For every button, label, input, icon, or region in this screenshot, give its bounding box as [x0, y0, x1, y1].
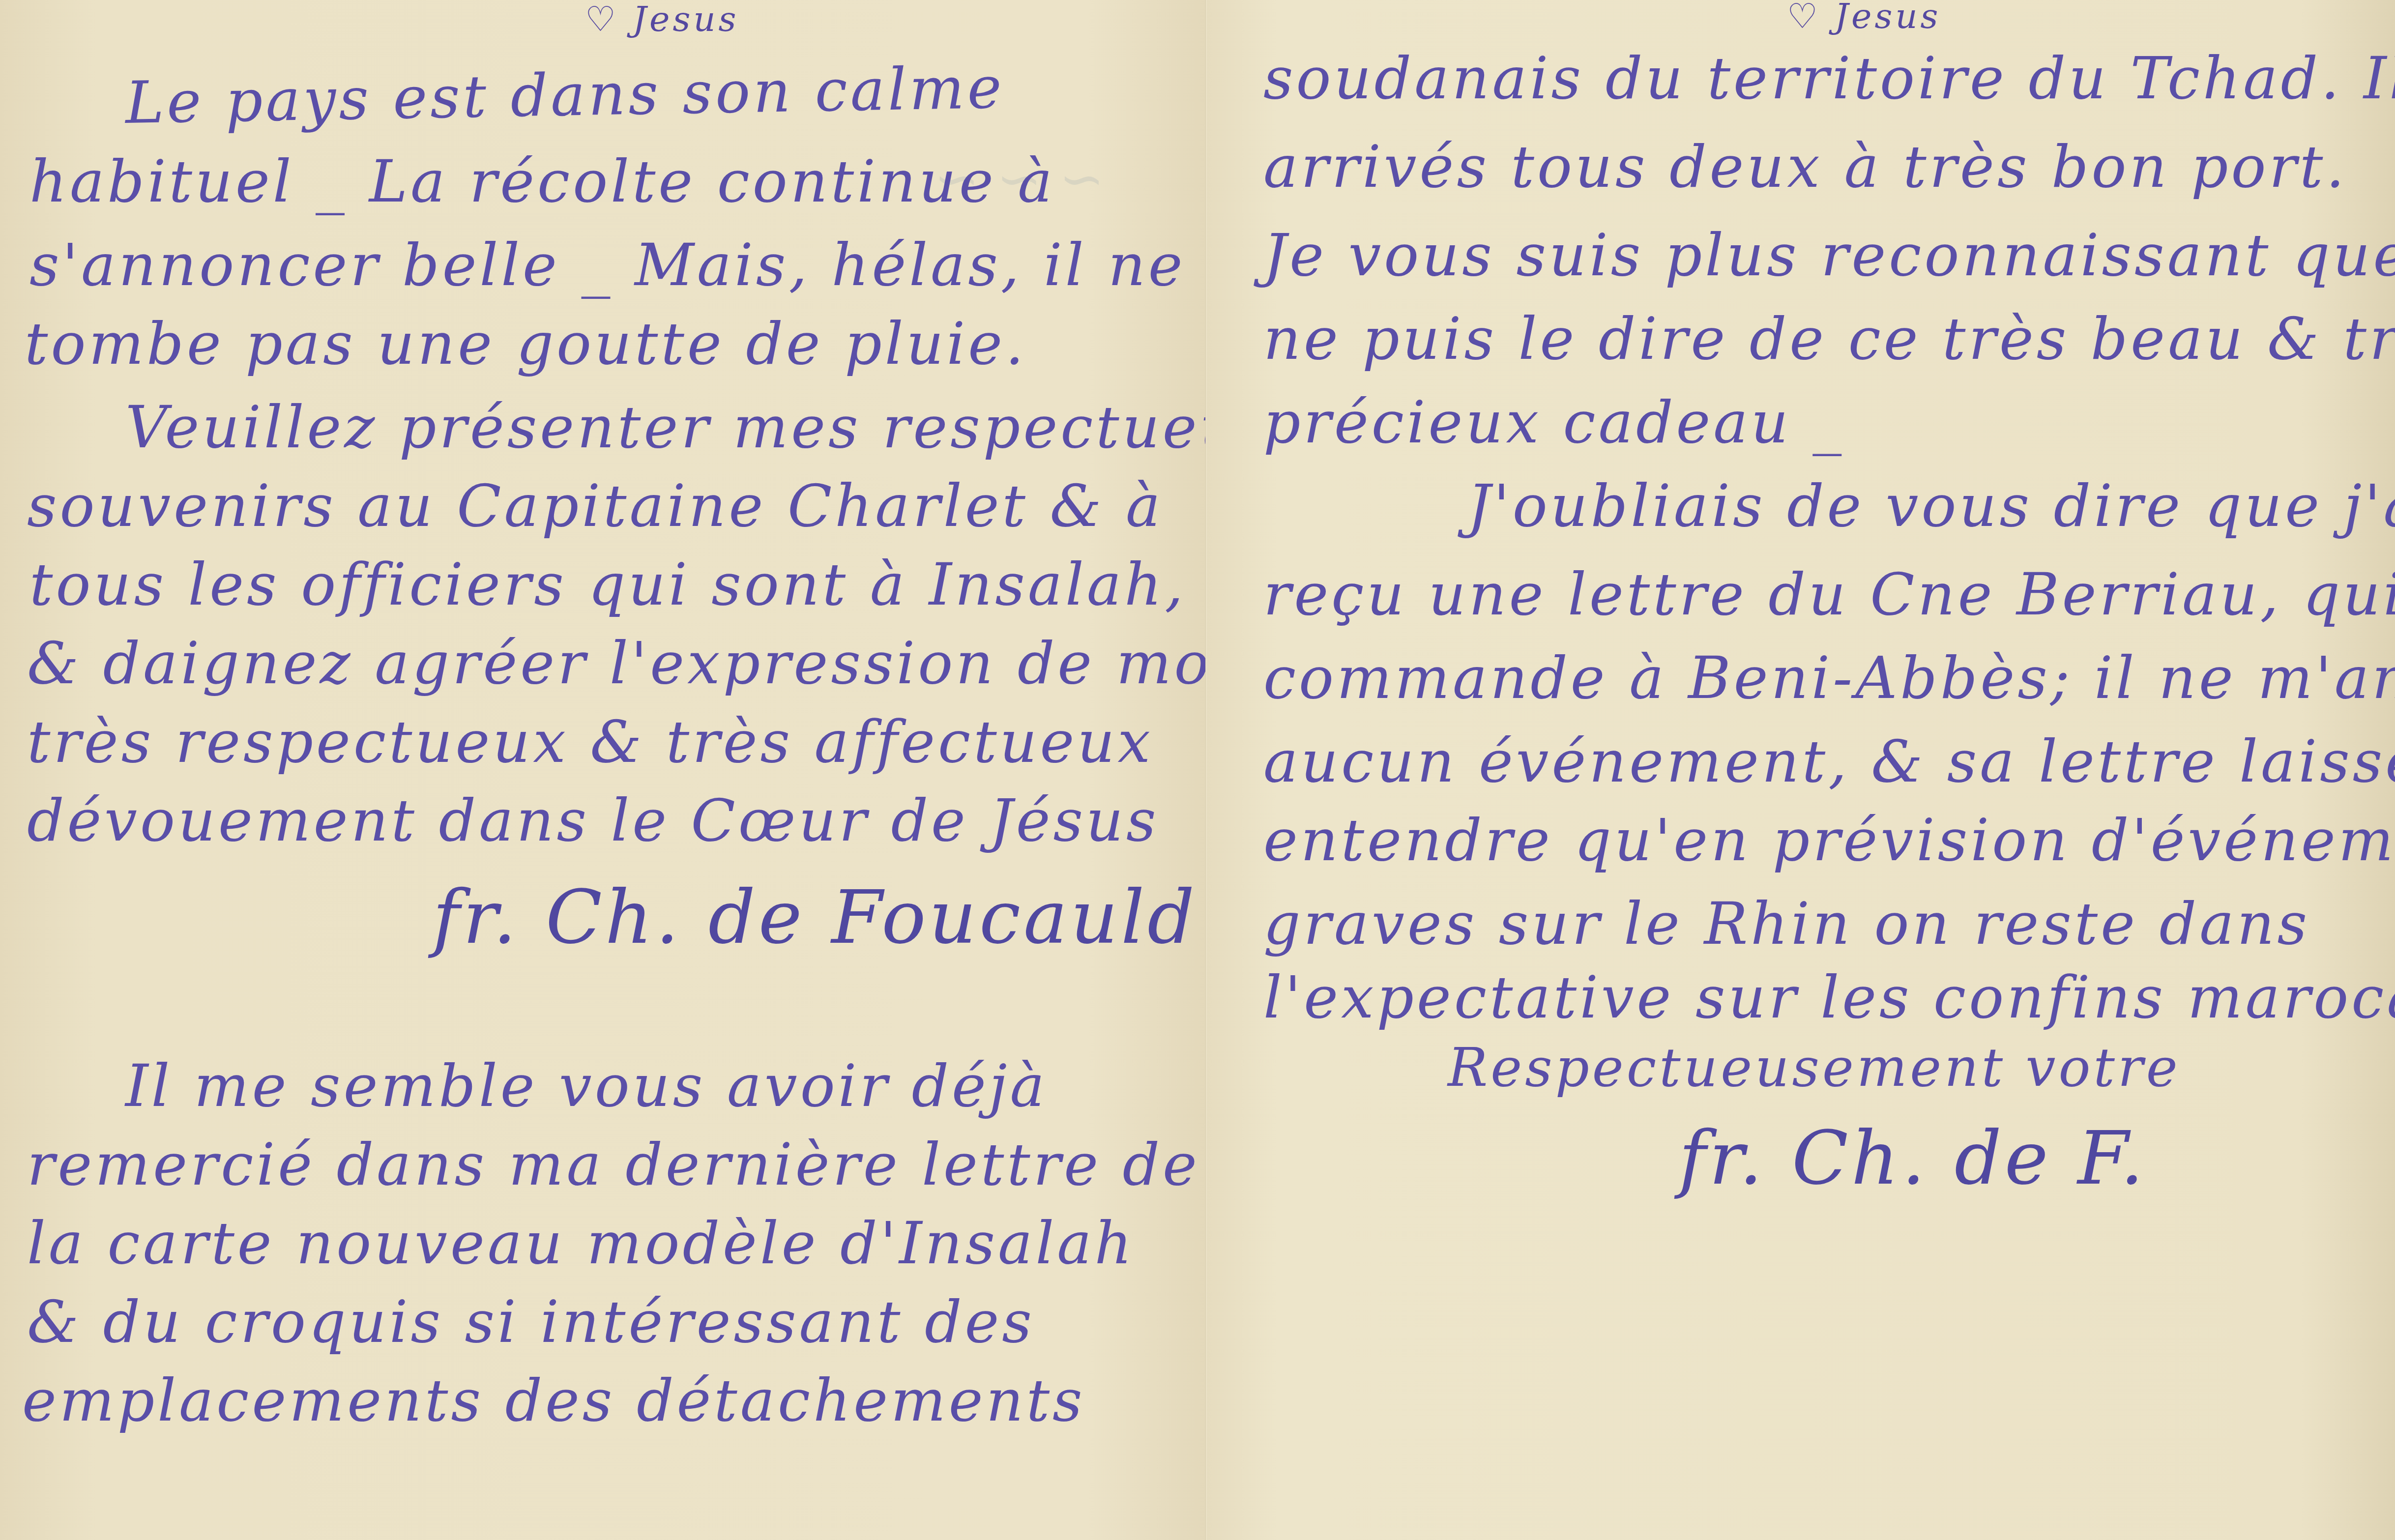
- letter-line: graves sur le Rhin on reste dans: [1263, 890, 2310, 958]
- signature-initials: fr. Ch. de F.: [1679, 1116, 2147, 1201]
- letter-sheet: ~ ~ ~ ♡ Jesus Le pays est dans son calme…: [0, 0, 2395, 1540]
- letter-line: l'expectative sur les confins marocains.: [1263, 963, 2395, 1031]
- letter-line: soudanais du territoire du Tchad. Ils so…: [1263, 44, 2395, 112]
- letter-line: dévouement dans le Cœur de Jésus: [27, 786, 1159, 854]
- letter-line: & daignez agréer l'expression de mon: [27, 629, 1253, 697]
- postscript-line: remercié dans ma dernière lettre de: [27, 1131, 1200, 1198]
- signature-foucauld: fr. Ch. de Foucauld: [433, 875, 1197, 960]
- postscript-line: & du croquis si intéressant des: [27, 1288, 1035, 1356]
- letter-line: J'oubliais de vous dire que j'ai: [1467, 472, 2395, 540]
- letter-line: s'annoncer belle _ Mais, hélas, il ne: [29, 231, 1186, 299]
- letter-line: tombe pas une goutte de pluie.: [25, 310, 1027, 378]
- letter-line: tous les officiers qui sont à Insalah,: [29, 551, 1186, 618]
- right-page: ♡ Jesus soudanais du territoire du Tchad…: [1207, 0, 2395, 1540]
- letter-line: Je vous suis plus reconnaissant que je: [1263, 221, 2395, 289]
- letter-line: reçu une lettre du Cne Berriau, qui: [1263, 560, 2395, 628]
- sacred-heart-header: ♡ Jesus: [585, 0, 739, 39]
- letter-line: arrivés tous deux à très bon port.: [1263, 133, 2347, 201]
- letter-line: ne puis le dire de ce très beau & très: [1263, 305, 2395, 373]
- postscript-line: emplacements des détachements: [22, 1366, 1085, 1434]
- postscript-line: la carte nouveau modèle d'Insalah: [27, 1209, 1135, 1277]
- letter-line: aucun événement, & sa lettre laisse: [1263, 727, 2395, 795]
- letter-line: Le pays est dans son calme: [125, 54, 1005, 137]
- letter-line: précieux cadeau _: [1263, 388, 1844, 456]
- letter-line: commande à Beni-Abbès; il ne m'annonce: [1263, 644, 2395, 712]
- sacred-heart-header: ♡ Jesus: [1787, 0, 1941, 36]
- postscript-line: Il me semble vous avoir déjà: [125, 1052, 1048, 1120]
- closing-formula: Respectueusement votre: [1448, 1037, 2181, 1099]
- letter-line: très respectueux & très affectueux: [27, 708, 1153, 776]
- letter-line: Veuillez présenter mes respectueux: [125, 393, 1276, 461]
- left-page: ~ ~ ~ ♡ Jesus Le pays est dans son calme…: [0, 0, 1207, 1540]
- letter-line: entendre qu'en prévision d'événements: [1263, 806, 2395, 874]
- letter-line: habituel _ La récolte continue à: [29, 147, 1055, 215]
- letter-line: souvenirs au Capitaine Charlet & à: [27, 472, 1163, 540]
